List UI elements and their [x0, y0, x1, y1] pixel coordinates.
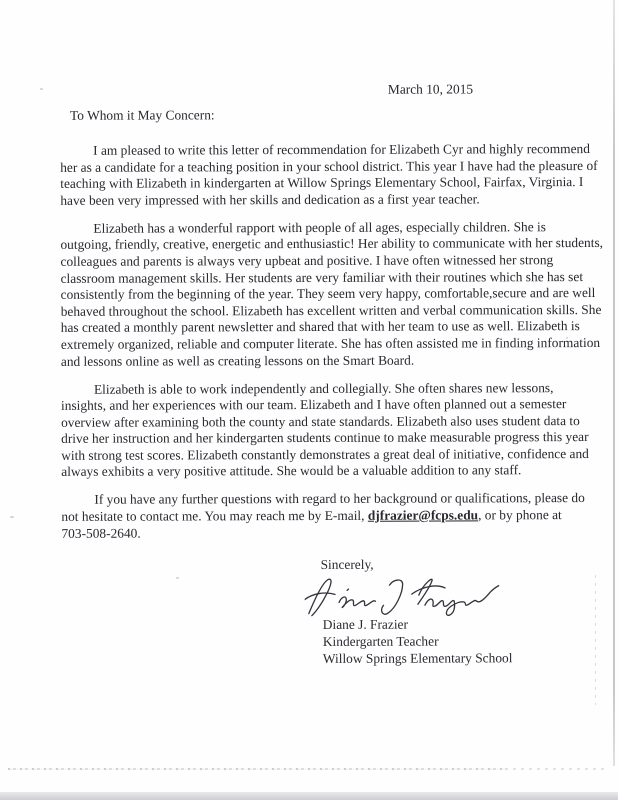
scan-bottom-noise-line [8, 768, 505, 770]
signer-title: Kindergarten Teacher [323, 633, 513, 650]
scan-noise-tail [505, 768, 605, 770]
collaboration-paragraph: Elizabeth is able to work independently … [61, 379, 609, 480]
scan-speck [566, 337, 568, 339]
signer-name: Diane J. Frazier [323, 616, 513, 633]
contact-line-1: If you have any further questions with r… [94, 490, 585, 507]
scan-speck [176, 577, 179, 579]
scan-speck [10, 516, 14, 518]
handwritten-signature [305, 571, 503, 619]
opening-paragraph: I am pleased to write this letter of rec… [60, 141, 608, 209]
skills-paragraph: Elizabeth has a wonderful rapport with p… [60, 219, 609, 370]
letter-content: March 10, 2015 To Whom it May Concern: I… [0, 0, 618, 800]
contact-line-2-after-email: , or by phone at [478, 507, 562, 522]
contact-line-2-before-email: not hesitate to contact me. You may reac… [61, 508, 367, 524]
contact-paragraph: If you have any further questions with r… [61, 490, 609, 542]
scan-bottom-shadow [0, 792, 618, 800]
signer-block: Diane J. Frazier Kindergarten Teacher Wi… [323, 616, 513, 668]
signer-school: Willow Springs Elementary School [323, 651, 513, 668]
date-line: March 10, 2015 [388, 81, 473, 98]
email-text: djfrazier@fcps.edu [368, 507, 478, 522]
signature-strokes [305, 571, 503, 619]
scanned-letter-page: March 10, 2015 To Whom it May Concern: I… [0, 0, 618, 800]
salutation: To Whom it May Concern: [70, 107, 215, 124]
letter-body: I am pleased to write this letter of rec… [60, 141, 609, 554]
scan-dotted-line [595, 575, 596, 705]
phone-number: 703-508-2640. [61, 525, 140, 540]
scan-speck [40, 88, 43, 90]
scan-right-edge-line [613, 0, 615, 766]
